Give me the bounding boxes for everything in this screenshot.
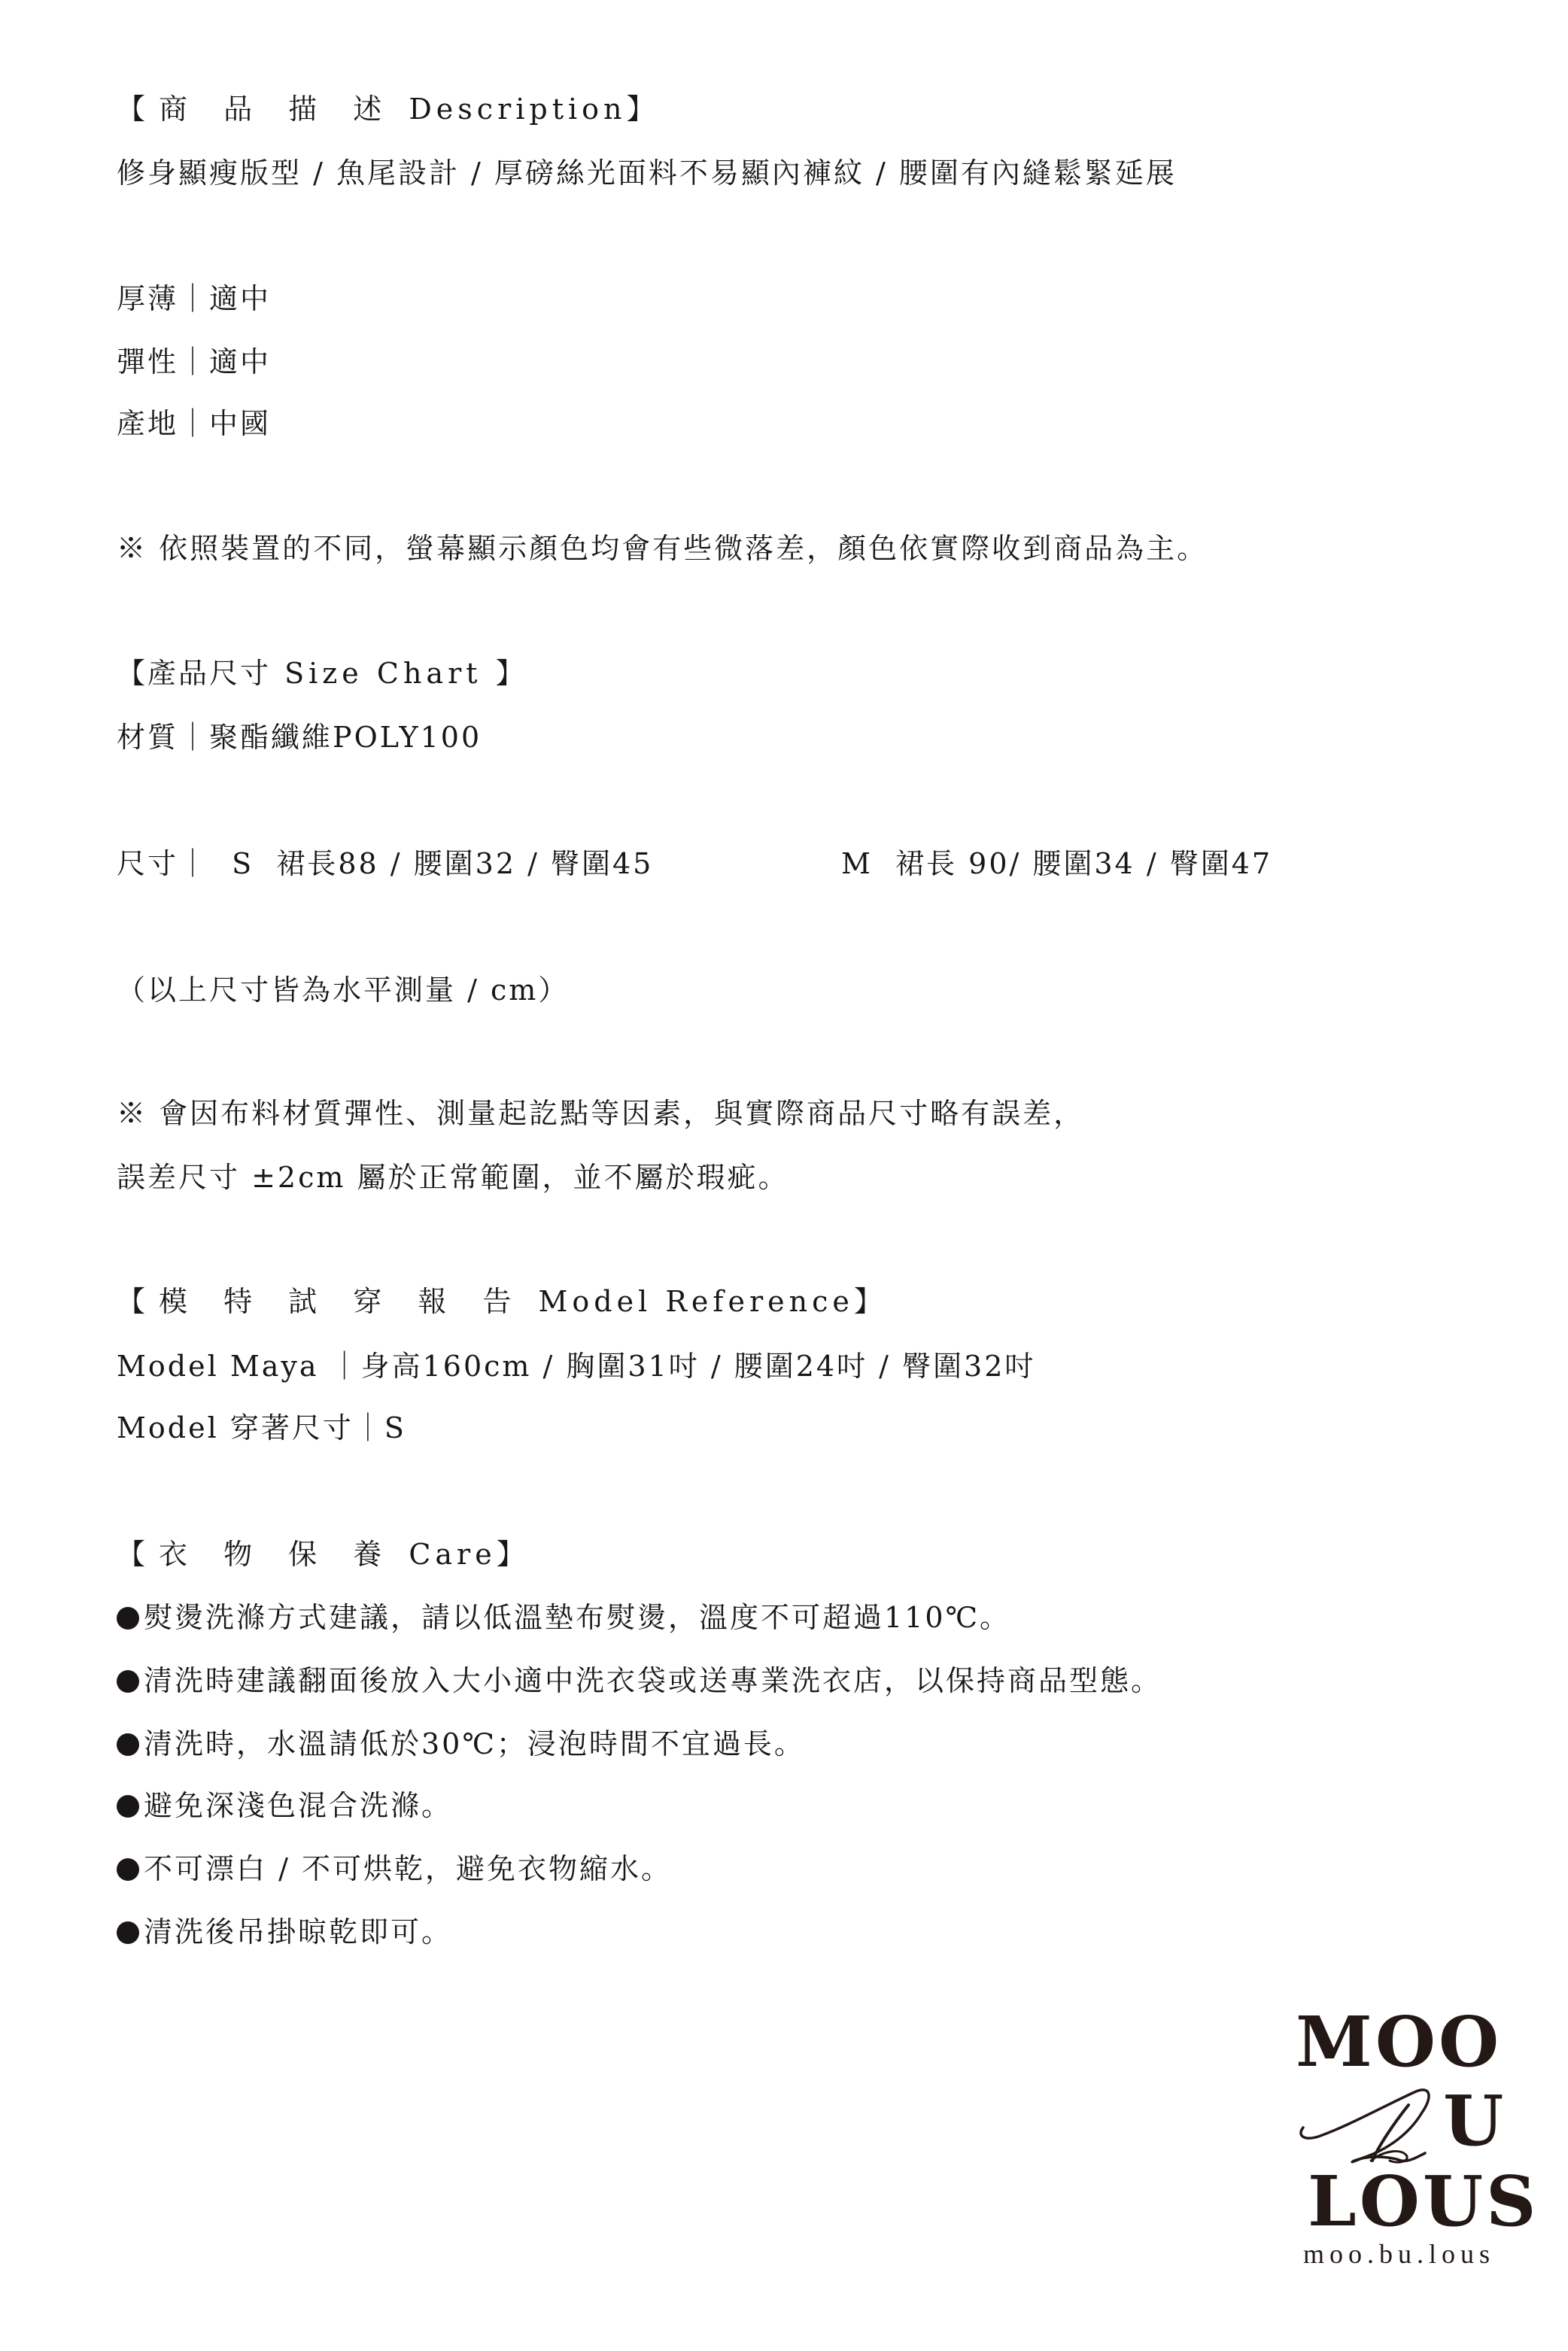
care-item-text: 清洗後吊掛晾乾即可。 — [144, 1915, 452, 1949]
model-heading-zh: 【模 特 試 穿 報 告 — [117, 1285, 524, 1318]
care-item: 熨燙洗滌方式建議，請以低溫墊布熨燙，溫度不可超過110℃。 — [117, 1599, 1010, 1636]
color-disclaimer: ※ 依照裝置的不同，螢幕顯示顏色均會有些微落差，顏色依實際收到商品為主。 — [117, 530, 1208, 567]
attribute-label: 彈性 — [117, 345, 178, 378]
care-item-text: 熨燙洗滌方式建議，請以低溫墊布熨燙，溫度不可超過110℃。 — [144, 1601, 1010, 1634]
attribute-value: 中國 — [209, 407, 271, 440]
attribute-separator: ｜ — [178, 282, 209, 315]
size-chart-heading: 【產品尺寸 Size Chart 】 — [117, 655, 529, 692]
bullet-icon — [117, 1921, 139, 1944]
attribute-thickness: 厚薄｜適中 — [117, 280, 271, 317]
attribute-separator: ｜ — [178, 407, 209, 440]
size-row-s: 尺寸｜ S 裙長88 / 腰圍32 / 臀圍45 — [117, 845, 653, 882]
care-item-text: 清洗時，水溫請低於30℃；浸泡時間不宜過長。 — [144, 1727, 805, 1760]
logo-handle: moo.bu.lous — [1303, 2238, 1495, 2270]
attribute-origin: 產地｜中國 — [117, 405, 271, 442]
model-size-worn: Model 穿著尺寸｜S — [117, 1409, 406, 1447]
care-item-text: 不可漂白 / 不可烘乾，避免衣物縮水。 — [144, 1852, 672, 1885]
bullet-icon — [117, 1670, 139, 1693]
size-chart-heading-en: Size Chart 】 — [271, 657, 529, 690]
model-stats: Model Maya ｜身高160cm / 胸圍31吋 / 腰圍24吋 / 臀圍… — [117, 1347, 1035, 1385]
description-heading-zh: 【商 品 描 述 — [117, 93, 395, 126]
size-label: 尺寸｜ — [117, 847, 209, 880]
size-row-m: M 裙長 90/ 腰圍34 / 臀圍47 — [841, 845, 1272, 882]
care-item: 清洗時，水溫請低於30℃；浸泡時間不宜過長。 — [117, 1725, 805, 1763]
care-heading: 【衣 物 保 養 Care】 — [117, 1535, 530, 1573]
description-heading: 【商 品 描 述 Description】 — [117, 90, 660, 128]
logo-line-u: U — [1443, 2086, 1506, 2155]
material-line: 材質｜聚酯纖維POLY100 — [117, 718, 482, 756]
tolerance-note-line-1: ※ 會因布料材質彈性、測量起訖點等因素，與實際商品尺寸略有誤差， — [117, 1095, 1084, 1132]
measurement-unit-note: （以上尺寸皆為水平測量 / cm） — [117, 971, 569, 1009]
attribute-value: 適中 — [209, 345, 271, 378]
size-chart-heading-zh: 【產品尺寸 — [117, 657, 271, 690]
care-item: 清洗時建議翻面後放入大小適中洗衣袋或送專業洗衣店，以保持商品型態。 — [117, 1662, 1162, 1699]
care-heading-en: Care】 — [395, 1538, 529, 1571]
model-heading-en: Model Reference】 — [524, 1285, 886, 1318]
care-heading-zh: 【衣 物 保 養 — [117, 1538, 395, 1571]
bullet-icon — [117, 1733, 139, 1756]
attribute-separator: ｜ — [178, 345, 209, 378]
size-s-measurements: S 裙長88 / 腰圍32 / 臀圍45 — [209, 847, 653, 880]
model-heading: 【模 特 試 穿 報 告 Model Reference】 — [117, 1283, 887, 1320]
bullet-icon — [117, 1795, 139, 1818]
care-item: 清洗後吊掛晾乾即可。 — [117, 1913, 452, 1951]
brand-logo: MOO U LOUS moo.bu.lous — [1296, 2007, 1499, 2263]
care-item: 不可漂白 / 不可烘乾，避免衣物縮水。 — [117, 1850, 672, 1888]
bullet-icon — [117, 1607, 139, 1630]
attribute-label: 厚薄 — [117, 282, 178, 315]
care-item: 避免深淺色混合洗滌。 — [117, 1787, 452, 1824]
logo-line-moo: MOO — [1296, 2007, 1502, 2076]
attribute-label: 產地 — [117, 407, 178, 440]
attribute-elasticity: 彈性｜適中 — [117, 343, 271, 381]
bullet-icon — [117, 1858, 139, 1881]
care-item-text: 避免深淺色混合洗滌。 — [144, 1789, 452, 1822]
tolerance-note-line-2: 誤差尺寸 ±2cm 屬於正常範圍，並不屬於瑕疵。 — [117, 1159, 789, 1196]
description-features: 修身顯瘦版型 / 魚尾設計 / 厚磅絲光面料不易顯內褲紋 / 腰圍有內縫鬆緊延展 — [117, 154, 1177, 192]
logo-line-lous: LOUS — [1308, 2167, 1539, 2236]
attribute-value: 適中 — [209, 282, 271, 315]
script-bu-icon — [1296, 2082, 1446, 2173]
description-heading-en: Description】 — [395, 93, 659, 126]
care-item-text: 清洗時建議翻面後放入大小適中洗衣袋或送專業洗衣店，以保持商品型態。 — [144, 1664, 1162, 1697]
